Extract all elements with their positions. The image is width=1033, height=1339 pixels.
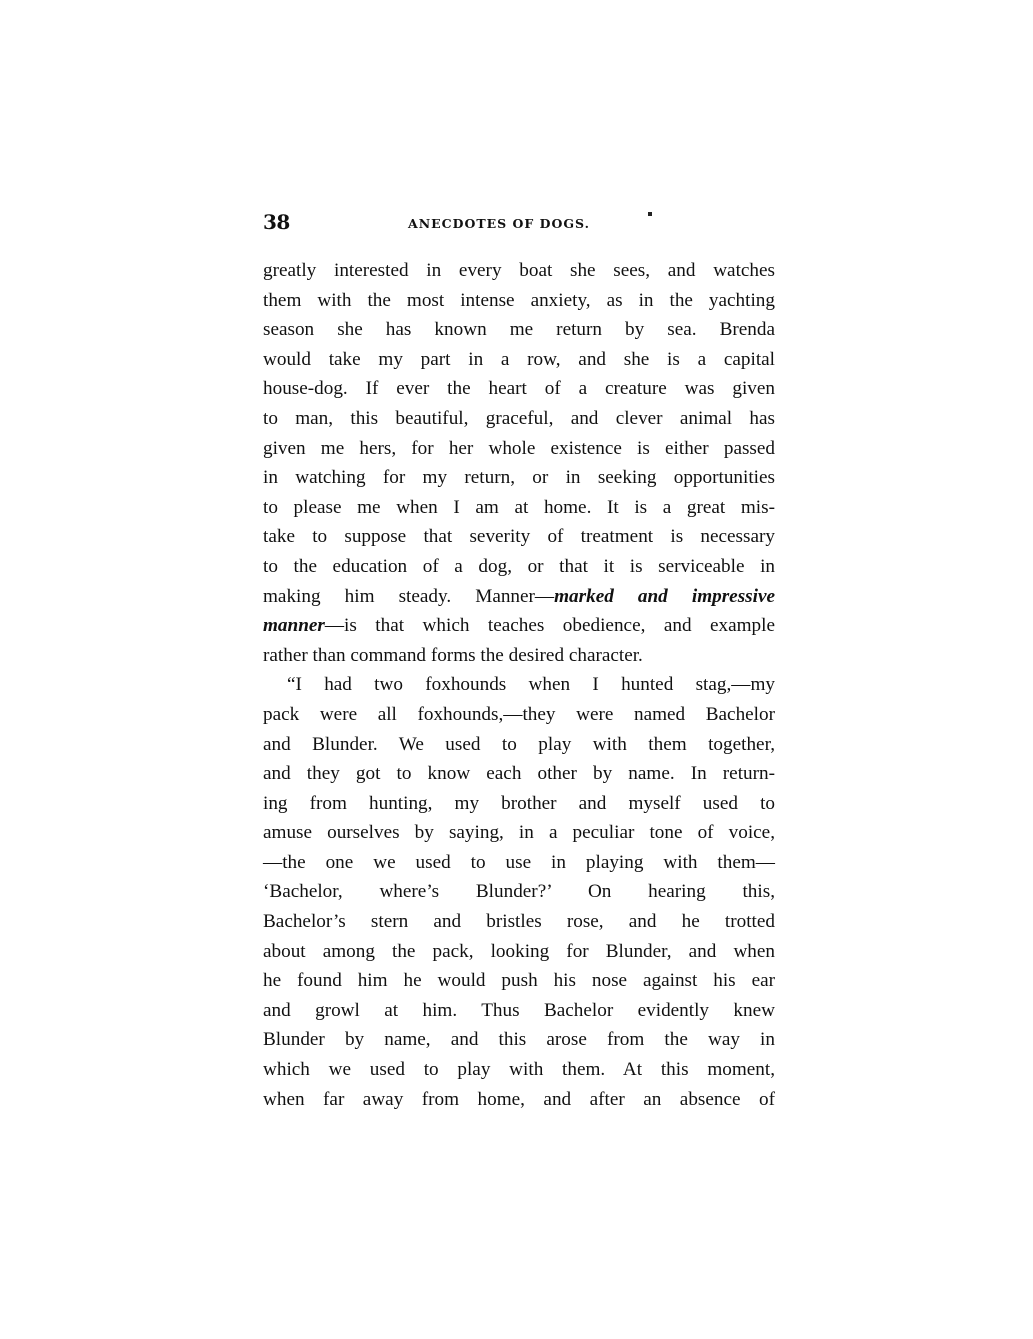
book-page: 38 ANECDOTES OF DOGS. greatly interested… [0,0,1033,1339]
text-line: when far away from home, and after an ab… [263,1085,775,1115]
text-line: to the education of a dog, or that it is… [263,552,775,582]
text-line: ‘Bachelor, where’s Blunder?’ On hearing … [263,877,775,907]
text-line: about among the pack, looking for Blunde… [263,937,775,967]
text-line: he found him he would push his nose agai… [263,966,775,996]
print-speck [648,212,652,216]
text-line: and growl at him. Thus Bachelor evidentl… [263,996,775,1026]
text-line: would take my part in a row, and she is … [263,345,775,375]
italic-phrase: manner [263,615,325,636]
body-text: greatly interested in every boat she see… [263,256,775,1114]
text-line: take to suppose that severity of treatme… [263,522,775,552]
text-line: greatly interested in every boat she see… [263,256,775,286]
text-line-with-italic: manner—is that which teaches obedience, … [263,611,775,641]
text-line: amuse ourselves by saying, in a peculiar… [263,818,775,848]
text-line: them with the most intense anxiety, as i… [263,286,775,316]
page-number: 38 [263,210,290,234]
text-line: season she has known me return by sea. B… [263,315,775,345]
text-line: rather than command forms the desired ch… [263,641,775,671]
text-line: to please me when I am at home. It is a … [263,493,775,523]
text-line: “I had two foxhounds when I hunted stag,… [263,670,775,700]
text-line: to man, this beautiful, graceful, and cl… [263,404,775,434]
text-line: and they got to know each other by name.… [263,759,775,789]
running-head: 38 ANECDOTES OF DOGS. [263,210,775,236]
text-line: Blunder by name, and this arose from the… [263,1025,775,1055]
text-line: —the one we used to use in playing with … [263,848,775,878]
text-line-with-italic: making him steady. Manner—marked and imp… [263,582,775,612]
text-line: which we used to play with them. At this… [263,1055,775,1085]
italic-phrase: marked and impressive [554,586,775,607]
text-line: house-dog. If ever the heart of a creatu… [263,374,775,404]
text-line: pack were all foxhounds,—they were named… [263,700,775,730]
text-line: and Blunder. We used to play with them t… [263,730,775,760]
text-line: ing from hunting, my brother and myself … [263,789,775,819]
text-line: in watching for my return, or in seeking… [263,463,775,493]
running-title: ANECDOTES OF DOGS. [408,214,590,234]
text-line: Bachelor’s stern and bristles rose, and … [263,907,775,937]
text-line: given me hers, for her whole existence i… [263,434,775,464]
